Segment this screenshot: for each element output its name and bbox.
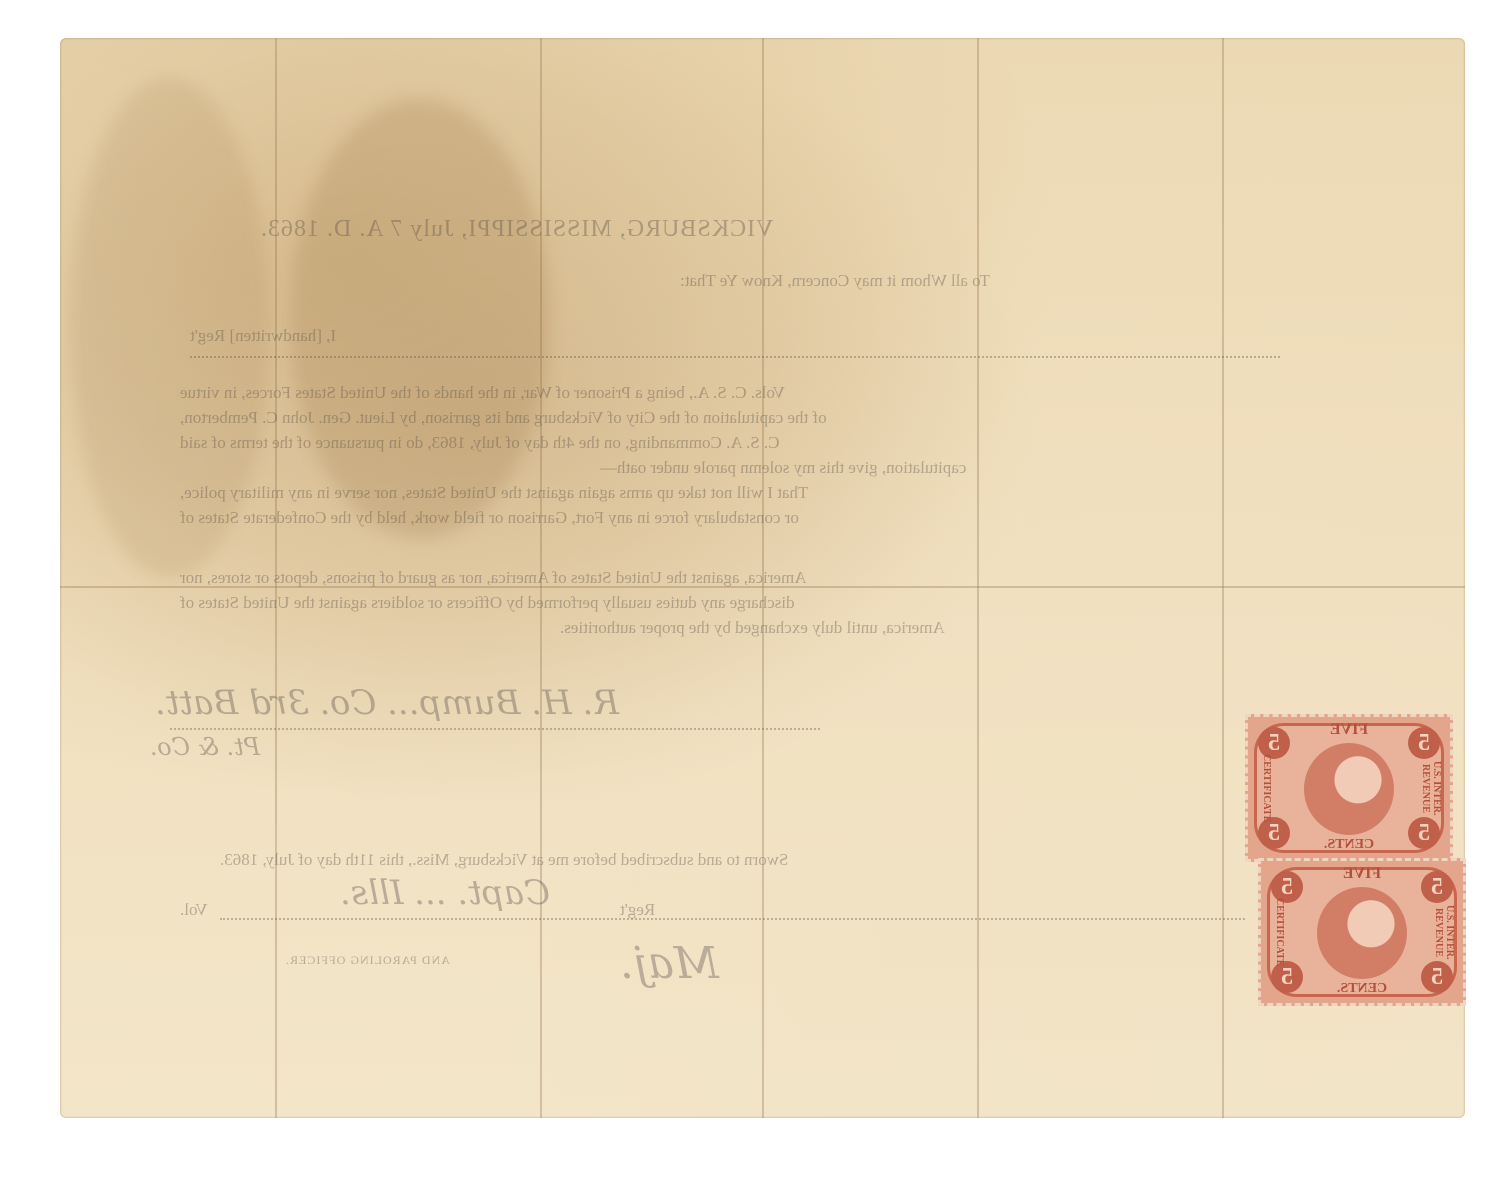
body-line: America, until duly exchanged by the pro…: [560, 618, 945, 638]
body-line: C. S. A. Commanding, on the 4th day of J…: [180, 433, 780, 453]
body-line: capitulation, give this my solemn parole…: [600, 458, 966, 478]
rank-notation: Pt. & Co.: [150, 733, 260, 761]
body-line: That I will not take up arms again again…: [180, 483, 808, 503]
name-underline: [190, 356, 1280, 358]
fold-panel: [977, 38, 1224, 1118]
body-line: of the capitulation of the City of Vicks…: [180, 408, 827, 428]
body-line: Vols. C. S. A., being a Prisoner of War,…: [180, 383, 785, 403]
revenue-stamp: FIVE CENTS. 5 5 5 5 CERTIFICATE U.S. INT…: [1258, 858, 1466, 1006]
signature-line: [170, 728, 820, 730]
salutation: To all Whom it may Concern, Know Ye That…: [680, 271, 990, 291]
body-line: discharge any duties usually performed b…: [180, 593, 795, 613]
soldier-signature: R. H. Bump... Co. 3rd Batt.: [155, 683, 619, 723]
revenue-stamp: FIVE CENTS. 5 5 5 5 CERTIFICATE U.S. INT…: [1245, 714, 1453, 862]
regt-label: Reg't: [620, 900, 655, 920]
officer-line: [220, 918, 1245, 920]
washington-portrait: [1317, 887, 1407, 979]
heading: VICKSBURG, MISSISSIPPI, July 7 A. D. 186…: [260, 216, 773, 243]
washington-portrait: [1304, 743, 1394, 835]
stamp-side-label: CERTIFICATE: [1256, 741, 1272, 835]
stamp-side-label: U.S. INTER. REVENUE: [1426, 741, 1442, 835]
body-line: or constabulary force in any Fort, Garri…: [180, 508, 799, 528]
name-line: I, [handwritten] Reg't: [190, 326, 336, 346]
officer-signature: Capt. ... Ills.: [340, 873, 550, 913]
sworn-line: Sworn to and subscribed before me at Vic…: [220, 850, 788, 870]
vol-label: Vol.: [180, 900, 208, 920]
officer-title: AND PAROLING OFFICER.: [285, 953, 450, 968]
parole-document: VICKSBURG, MISSISSIPPI, July 7 A. D. 186…: [60, 38, 1465, 1118]
maj-signature: Maj.: [620, 938, 719, 989]
body-line: America, against the United States of Am…: [180, 568, 807, 588]
water-stain: [290, 98, 550, 538]
stamp-side-label: U.S. INTER. REVENUE: [1439, 885, 1455, 979]
stamp-side-label: CERTIFICATE: [1269, 885, 1285, 979]
